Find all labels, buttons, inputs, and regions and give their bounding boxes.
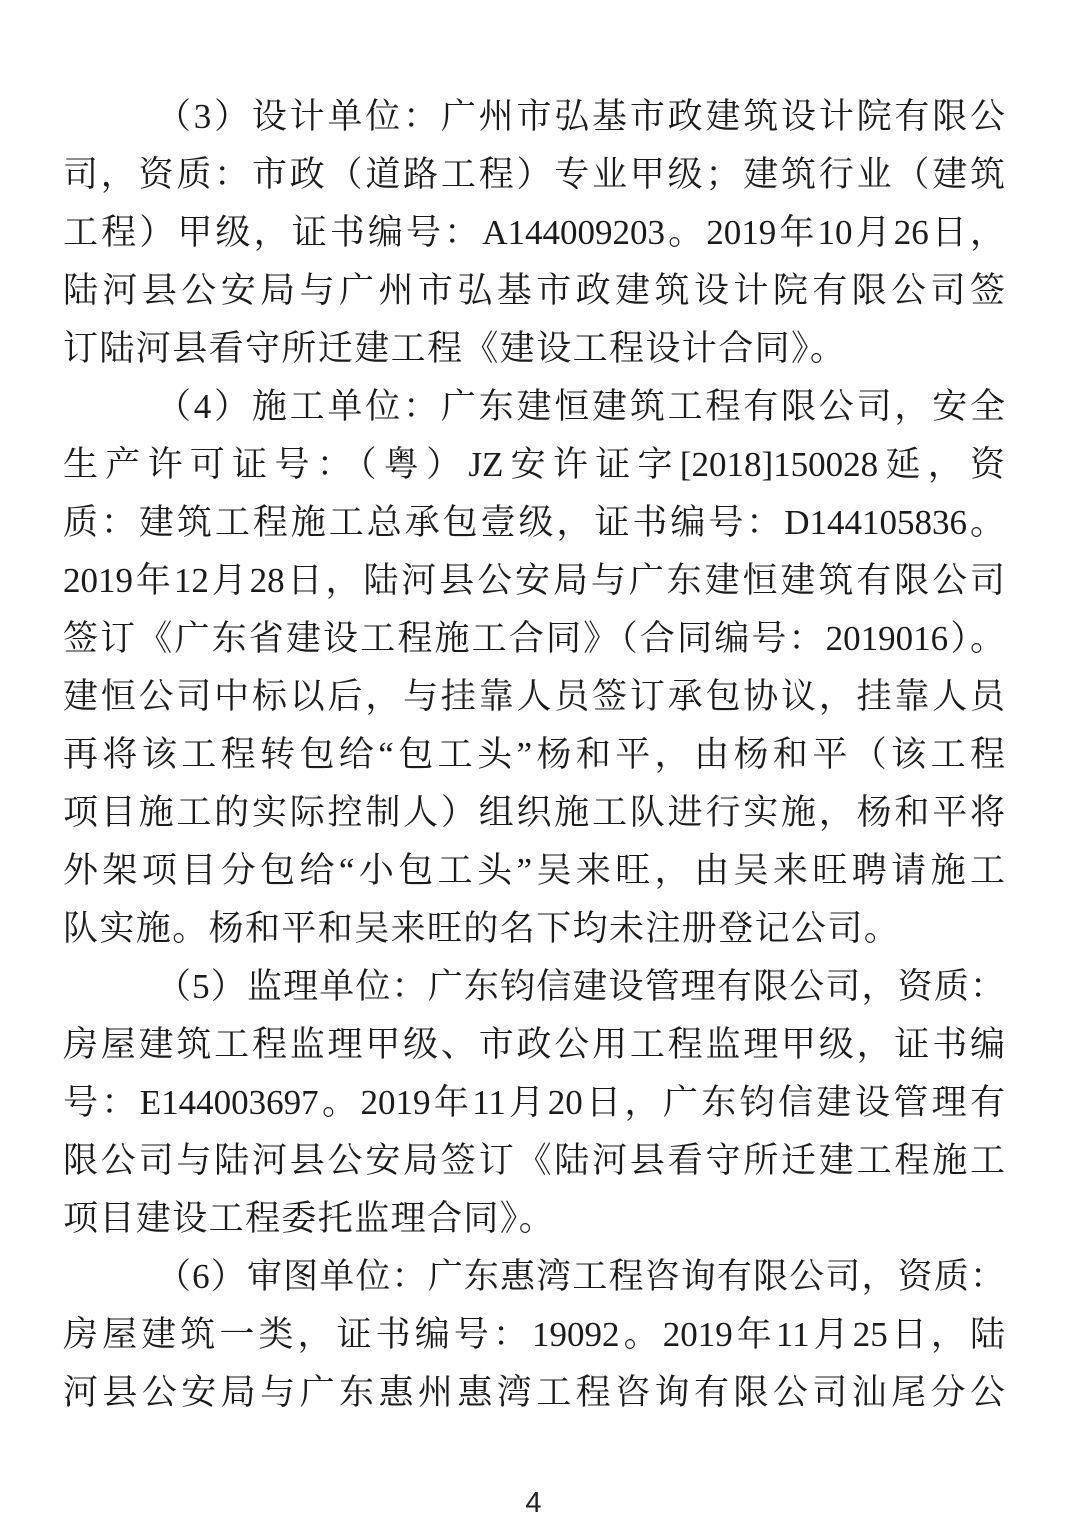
text-line: 订陆河县看守所迁建工程《建设工程设计合同》。 xyxy=(63,320,1005,378)
text-line: 项目建设工程委托监理合同》。 xyxy=(63,1190,1005,1248)
page-number: 4 xyxy=(0,1487,1067,1520)
document-page: （3）设计单位：广州市弘基市政建筑设计院有限公 司，资质：市政（道路工程）专业甲… xyxy=(0,0,1067,1526)
text-line: 司，资质：市政（道路工程）专业甲级；建筑行业（建筑 xyxy=(63,146,1005,204)
text-line: 队实施。杨和平和吴来旺的名下均未注册登记公司。 xyxy=(63,900,1005,958)
document-text-block: （3）设计单位：广州市弘基市政建筑设计院有限公 司，资质：市政（道路工程）专业甲… xyxy=(63,88,1005,1422)
text-line: 2019年12月28日，陆河县公安局与广东建恒建筑有限公司 xyxy=(63,552,1005,610)
text-line: 房屋建筑工程监理甲级、市政公用工程监理甲级，证书编 xyxy=(63,1016,1005,1074)
text-line: 号：E144003697。2019年11月20日，广东钧信建设管理有 xyxy=(63,1074,1005,1132)
text-line: 生产许可证号：（粤）JZ安许证字[2018]150028延，资 xyxy=(63,436,1005,494)
text-line: （4）施工单位：广东建恒建筑工程有限公司，安全 xyxy=(63,378,1005,436)
text-line: 陆河县公安局与广州市弘基市政建筑设计院有限公司签 xyxy=(63,262,1005,320)
text-line: 质：建筑工程施工总承包壹级，证书编号：D144105836。 xyxy=(63,494,1005,552)
text-line: 签订《广东省建设工程施工合同》（合同编号：2019016）。 xyxy=(63,610,1005,668)
text-line: （5）监理单位：广东钧信建设管理有限公司，资质： xyxy=(63,958,1005,1016)
text-line: 外架项目分包给“小包工头”吴来旺，由吴来旺聘请施工 xyxy=(63,842,1005,900)
text-line: 河县公安局与广东惠州惠湾工程咨询有限公司汕尾分公 xyxy=(63,1364,1005,1422)
text-line: 房屋建筑一类，证书编号：19092。2019年11月25日，陆 xyxy=(63,1306,1005,1364)
text-line: （3）设计单位：广州市弘基市政建筑设计院有限公 xyxy=(63,88,1005,146)
text-line: 项目施工的实际控制人）组织施工队进行实施，杨和平将 xyxy=(63,784,1005,842)
text-line: （6）审图单位：广东惠湾工程咨询有限公司，资质： xyxy=(63,1248,1005,1306)
text-line: 再将该工程转包给“包工头”杨和平，由杨和平（该工程 xyxy=(63,726,1005,784)
text-line: 限公司与陆河县公安局签订《陆河县看守所迁建工程施工 xyxy=(63,1132,1005,1190)
text-line: 建恒公司中标以后，与挂靠人员签订承包协议，挂靠人员 xyxy=(63,668,1005,726)
text-line: 工程）甲级，证书编号：A144009203。2019年10月26日， xyxy=(63,204,1005,262)
